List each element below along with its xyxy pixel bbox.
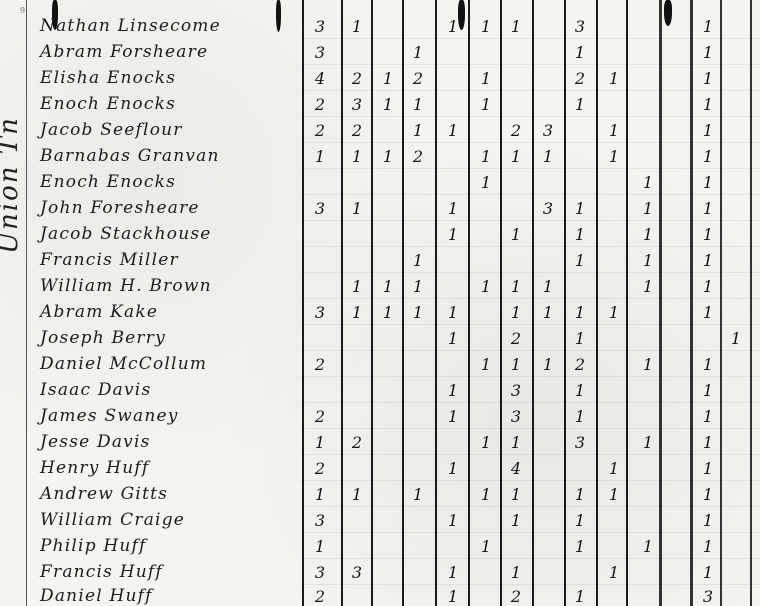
- tally-cell: 2: [308, 355, 332, 374]
- tally-cell: 3: [308, 511, 332, 530]
- tally-cell: 3: [696, 587, 720, 606]
- tally-cell: 1: [602, 485, 626, 504]
- row-rule: [300, 272, 760, 273]
- tally-cell: 1: [308, 485, 332, 504]
- row-rule: [300, 142, 760, 143]
- tally-cell: 1: [568, 303, 592, 322]
- tally-cell: 1: [345, 17, 369, 36]
- tally-cell: 1: [504, 303, 528, 322]
- census-row: Daniel McCollum2111211: [0, 354, 760, 378]
- row-rule: [300, 298, 760, 299]
- tally-cell: 1: [345, 485, 369, 504]
- tally-cell: 3: [536, 199, 560, 218]
- tally-cell: 1: [696, 511, 720, 530]
- tally-cell: 2: [345, 69, 369, 88]
- household-name: Francis Miller: [40, 250, 179, 270]
- household-name: Enoch Enocks: [40, 94, 176, 114]
- tally-cell: 1: [441, 587, 465, 606]
- tally-cell: 3: [345, 95, 369, 114]
- tally-cell: 3: [308, 563, 332, 582]
- tally-cell: 1: [536, 277, 560, 296]
- household-name: Elisha Enocks: [40, 68, 176, 88]
- tally-cell: 2: [406, 69, 430, 88]
- tally-cell: 1: [636, 225, 660, 244]
- tally-cell: 1: [696, 43, 720, 62]
- tally-cell: 1: [636, 537, 660, 556]
- tally-cell: 1: [636, 433, 660, 452]
- tally-cell: 1: [376, 277, 400, 296]
- tally-cell: 3: [568, 17, 592, 36]
- tally-cell: 1: [474, 173, 498, 192]
- tally-cell: 1: [441, 225, 465, 244]
- tally-cell: 1: [602, 303, 626, 322]
- tally-cell: 1: [636, 277, 660, 296]
- tally-cell: 1: [504, 433, 528, 452]
- tally-cell: 1: [376, 95, 400, 114]
- row-rule: [300, 246, 760, 247]
- row-rule: [300, 532, 760, 533]
- census-row: Jesse Davis1211311: [0, 432, 760, 456]
- tally-cell: 1: [406, 277, 430, 296]
- tally-cell: 1: [308, 147, 332, 166]
- row-rule: [300, 64, 760, 65]
- household-name: Barnabas Granvan: [40, 146, 220, 166]
- tally-cell: 1: [504, 485, 528, 504]
- tally-cell: 1: [406, 43, 430, 62]
- tally-cell: 1: [536, 355, 560, 374]
- row-rule: [300, 116, 760, 117]
- tally-cell: 1: [441, 121, 465, 140]
- tally-cell: 1: [696, 251, 720, 270]
- row-rule: [300, 194, 760, 195]
- row-rule: [300, 350, 760, 351]
- tally-cell: 1: [568, 199, 592, 218]
- tally-cell: 1: [504, 355, 528, 374]
- tally-cell: 2: [308, 121, 332, 140]
- census-row: William Craige31111: [0, 510, 760, 534]
- tally-cell: 1: [536, 147, 560, 166]
- tally-cell: 2: [308, 95, 332, 114]
- household-name: Joseph Berry: [40, 328, 166, 348]
- census-row: Barnabas Granvan111211111: [0, 146, 760, 170]
- household-name: Jacob Stackhouse: [40, 224, 212, 244]
- tally-cell: 1: [406, 121, 430, 140]
- row-rule: [300, 584, 760, 585]
- tally-cell: 1: [568, 225, 592, 244]
- tally-cell: 1: [406, 95, 430, 114]
- tally-cell: 1: [504, 147, 528, 166]
- row-rule: [300, 454, 760, 455]
- tally-cell: 2: [504, 329, 528, 348]
- census-row: John Foresheare3113111: [0, 198, 760, 222]
- tally-cell: 1: [441, 511, 465, 530]
- census-row: Philip Huff11111: [0, 536, 760, 560]
- tally-cell: 1: [602, 459, 626, 478]
- census-row: William H. Brown11111111: [0, 276, 760, 300]
- tally-cell: 1: [696, 407, 720, 426]
- tally-cell: 2: [504, 587, 528, 606]
- tally-cell: 3: [568, 433, 592, 452]
- tally-cell: 3: [308, 43, 332, 62]
- row-rule: [300, 480, 760, 481]
- tally-cell: 3: [504, 407, 528, 426]
- census-row: Francis Miller1111: [0, 250, 760, 274]
- tally-cell: 1: [568, 407, 592, 426]
- row-rule: [300, 38, 760, 39]
- tally-cell: 1: [474, 95, 498, 114]
- row-rule: [300, 90, 760, 91]
- census-row: Henry Huff21411: [0, 458, 760, 482]
- tally-cell: 1: [636, 173, 660, 192]
- tally-cell: 2: [406, 147, 430, 166]
- tally-cell: 2: [308, 407, 332, 426]
- tally-cell: 1: [568, 95, 592, 114]
- census-row: Enoch Enocks2311111: [0, 94, 760, 118]
- tally-cell: 1: [636, 251, 660, 270]
- tally-cell: 2: [345, 121, 369, 140]
- row-rule: [300, 506, 760, 507]
- tally-cell: 1: [441, 563, 465, 582]
- tally-cell: 1: [345, 277, 369, 296]
- household-name: William Craige: [40, 510, 185, 530]
- census-row: Abram Forsheare3111: [0, 42, 760, 66]
- tally-cell: 1: [474, 277, 498, 296]
- tally-cell: 2: [568, 69, 592, 88]
- census-row: Abram Kake3111111111: [0, 302, 760, 326]
- tally-cell: 1: [441, 459, 465, 478]
- tally-cell: 1: [406, 485, 430, 504]
- tally-cell: 1: [376, 69, 400, 88]
- row-rule: [300, 324, 760, 325]
- census-row: Jacob Seeflour22112311: [0, 120, 760, 144]
- tally-cell: 1: [568, 251, 592, 270]
- tally-cell: 1: [441, 17, 465, 36]
- tally-cell: 2: [345, 433, 369, 452]
- census-row: James Swaney21311: [0, 406, 760, 430]
- tally-cell: 1: [504, 17, 528, 36]
- tally-cell: 1: [696, 563, 720, 582]
- tally-cell: 1: [376, 147, 400, 166]
- tally-cell: 1: [696, 459, 720, 478]
- tally-cell: 1: [696, 485, 720, 504]
- household-name: Jacob Seeflour: [40, 120, 183, 140]
- household-name: Andrew Gitts: [40, 484, 168, 504]
- tally-cell: 1: [474, 69, 498, 88]
- tally-cell: 1: [474, 17, 498, 36]
- tally-cell: 1: [568, 329, 592, 348]
- household-name: Francis Huff: [40, 562, 163, 582]
- tally-cell: 1: [504, 225, 528, 244]
- tally-cell: 1: [441, 381, 465, 400]
- tally-cell: 1: [568, 381, 592, 400]
- household-name: Nathan Linsecome: [40, 16, 221, 36]
- household-name: Enoch Enocks: [40, 172, 176, 192]
- household-name: Isaac Davis: [40, 380, 151, 400]
- tally-cell: 3: [308, 199, 332, 218]
- tally-cell: 3: [308, 17, 332, 36]
- tally-cell: 1: [696, 17, 720, 36]
- census-row: Andrew Gitts11111111: [0, 484, 760, 508]
- census-row: Isaac Davis1311: [0, 380, 760, 404]
- tally-cell: 1: [504, 511, 528, 530]
- row-rule: [300, 428, 760, 429]
- tally-cell: 1: [345, 303, 369, 322]
- tally-cell: 1: [696, 69, 720, 88]
- tally-cell: 1: [406, 251, 430, 270]
- row-rule: [300, 168, 760, 169]
- tally-cell: 1: [568, 587, 592, 606]
- tally-cell: 1: [441, 303, 465, 322]
- tally-cell: 1: [568, 537, 592, 556]
- tally-cell: 1: [536, 303, 560, 322]
- tally-cell: 3: [504, 381, 528, 400]
- tally-cell: 1: [504, 563, 528, 582]
- tally-cell: 1: [696, 355, 720, 374]
- row-rule: [300, 558, 760, 559]
- tally-cell: 1: [696, 225, 720, 244]
- tally-cell: 1: [474, 433, 498, 452]
- tally-cell: 1: [696, 173, 720, 192]
- tally-cell: 1: [696, 433, 720, 452]
- tally-cell: 4: [504, 459, 528, 478]
- tally-cell: 1: [696, 147, 720, 166]
- census-row: Francis Huff331111: [0, 562, 760, 586]
- household-name: Jesse Davis: [40, 432, 151, 452]
- tally-cell: 1: [696, 199, 720, 218]
- tally-cell: 1: [696, 121, 720, 140]
- tally-cell: 1: [696, 95, 720, 114]
- census-row: Daniel Huff21213: [0, 586, 760, 606]
- tally-cell: 3: [308, 303, 332, 322]
- tally-cell: 1: [696, 381, 720, 400]
- row-rule: [300, 376, 760, 377]
- tally-cell: 1: [636, 355, 660, 374]
- tally-cell: 1: [474, 537, 498, 556]
- census-row: Enoch Enocks111: [0, 172, 760, 196]
- tally-cell: 1: [602, 69, 626, 88]
- tally-cell: 1: [376, 303, 400, 322]
- household-name: Abram Kake: [40, 302, 158, 322]
- household-name: Philip Huff: [40, 536, 147, 556]
- tally-cell: 2: [568, 355, 592, 374]
- census-row: Nathan Linsecome3111131: [0, 16, 760, 40]
- household-name: Daniel McCollum: [40, 354, 207, 374]
- tally-cell: 1: [345, 199, 369, 218]
- census-row: Elisha Enocks42121211: [0, 68, 760, 92]
- tally-cell: 1: [696, 277, 720, 296]
- row-rule: [300, 220, 760, 221]
- census-page: 9 Union Tn Nathan Linsecome3111131Abram …: [0, 0, 760, 606]
- tally-cell: 1: [568, 511, 592, 530]
- tally-cell: 1: [474, 485, 498, 504]
- tally-cell: 1: [696, 303, 720, 322]
- tally-cell: 4: [308, 69, 332, 88]
- tally-cell: 1: [441, 329, 465, 348]
- household-name: James Swaney: [40, 406, 179, 426]
- household-name: William H. Brown: [40, 276, 212, 296]
- census-row: Joseph Berry1211: [0, 328, 760, 352]
- tally-cell: 2: [504, 121, 528, 140]
- tally-cell: 1: [568, 43, 592, 62]
- tally-cell: 1: [308, 537, 332, 556]
- household-name: Henry Huff: [40, 458, 149, 478]
- tally-cell: 1: [474, 355, 498, 374]
- tally-cell: 1: [724, 329, 748, 348]
- tally-cell: 1: [474, 147, 498, 166]
- tally-cell: 1: [345, 147, 369, 166]
- tally-cell: 1: [602, 121, 626, 140]
- census-row: Jacob Stackhouse11111: [0, 224, 760, 248]
- tally-cell: 1: [308, 433, 332, 452]
- tally-cell: 1: [441, 407, 465, 426]
- tally-cell: 3: [345, 563, 369, 582]
- household-name: Daniel Huff: [40, 586, 153, 606]
- tally-cell: 1: [504, 277, 528, 296]
- tally-cell: 1: [696, 537, 720, 556]
- tally-cell: 1: [602, 147, 626, 166]
- tally-cell: 3: [536, 121, 560, 140]
- tally-cell: 1: [441, 199, 465, 218]
- household-name: John Foresheare: [40, 198, 200, 218]
- tally-cell: 1: [636, 199, 660, 218]
- tally-cell: 2: [308, 587, 332, 606]
- tally-cell: 2: [308, 459, 332, 478]
- row-rule: [300, 402, 760, 403]
- page-mark: 9: [20, 6, 25, 15]
- tally-cell: 1: [406, 303, 430, 322]
- tally-cell: 1: [568, 485, 592, 504]
- household-name: Abram Forsheare: [40, 42, 208, 62]
- tally-cell: 1: [602, 563, 626, 582]
